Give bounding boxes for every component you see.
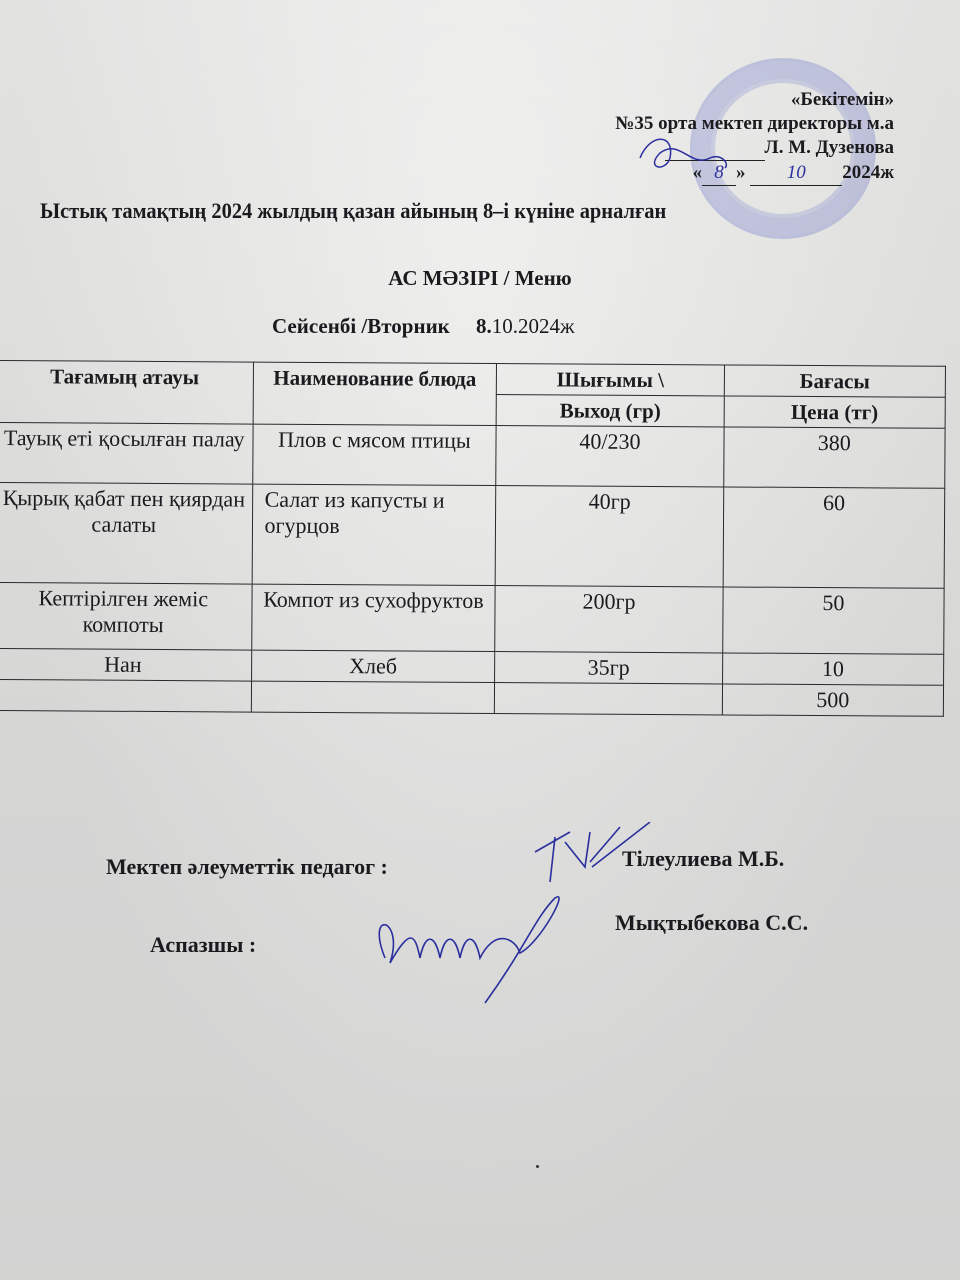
cell-name-ru: Плов с мясом птицы bbox=[252, 424, 496, 485]
day-label: Сейсенбі /Вторник bbox=[272, 314, 450, 338]
day-date-rest: 10.2024ж bbox=[492, 314, 575, 338]
document-title: Ыстық тамақтың 2024 жылдың қазан айының … bbox=[40, 198, 666, 224]
table-row: Қырық қабат пен қиярдан салаты Салат из … bbox=[0, 483, 945, 589]
total-name-kz bbox=[0, 679, 251, 712]
header-name-kz: Тағамың атауы bbox=[0, 361, 253, 425]
menu-table: Тағамың атауы Наименование блюда Шығымы … bbox=[0, 360, 946, 717]
signature-name: Мықтыбекова С.С. bbox=[615, 910, 808, 935]
date-month: 10 bbox=[750, 161, 842, 186]
total-price: 500 bbox=[722, 684, 943, 716]
day-date-bold: 8. bbox=[476, 314, 492, 338]
header-price-kz: Бағасы bbox=[724, 365, 945, 397]
cell-yield: 200гр bbox=[495, 586, 723, 653]
table-total-row: 500 bbox=[0, 679, 944, 716]
cell-name-kz: Нан bbox=[0, 648, 251, 681]
menu-title: АС МӘЗІРІ / Меню bbox=[0, 266, 960, 291]
cell-price: 10 bbox=[722, 653, 943, 685]
signature-row: Мектеп әлеуметтік педагог : bbox=[106, 854, 388, 880]
cook-signature bbox=[365, 888, 585, 1008]
cell-yield: 40/230 bbox=[496, 426, 724, 487]
signature-name: Тілеулиева М.Б. bbox=[622, 846, 784, 871]
page-mark bbox=[536, 1165, 539, 1168]
total-yield bbox=[495, 683, 723, 715]
cell-price: 60 bbox=[723, 487, 945, 588]
cell-name-kz: Кептірілген жеміс компоты bbox=[0, 582, 252, 650]
cell-yield: 35гр bbox=[495, 652, 723, 684]
director-name: Л. М. Дузенова bbox=[765, 137, 894, 158]
cell-name-kz: Тауық еті қосылған палау bbox=[0, 423, 253, 485]
cell-price: 50 bbox=[722, 587, 944, 654]
header-price-ru: Цена (тг) bbox=[724, 396, 945, 428]
header-name-ru: Наименование блюда bbox=[253, 362, 497, 425]
approved-label: «Бекітемін» bbox=[615, 88, 894, 112]
date-year: 2024ж bbox=[842, 162, 894, 183]
cell-price: 380 bbox=[723, 427, 945, 488]
signature-row: Тілеулиева М.Б. bbox=[622, 846, 784, 872]
header-yield-ru: Выход (гр) bbox=[496, 395, 724, 427]
cell-yield: 40гр bbox=[495, 486, 723, 587]
cell-name-ru: Хлеб bbox=[251, 650, 495, 682]
signature-row: Мықтыбекова С.С. bbox=[615, 910, 808, 936]
day-date-line: Сейсенбі /Вторник 8.10.2024ж bbox=[272, 314, 575, 339]
cell-name-ru: Салат из капусты и огурцов bbox=[252, 484, 496, 585]
table-row: Кептірілген жеміс компоты Компот из сухо… bbox=[0, 582, 944, 654]
cell-name-ru: Компот из сухофруктов bbox=[251, 584, 495, 651]
signature-role: Мектеп әлеуметтік педагог : bbox=[106, 854, 388, 879]
total-name-ru bbox=[251, 681, 495, 713]
director-signature bbox=[630, 128, 740, 188]
header-yield-kz: Шығымы \ bbox=[497, 364, 725, 396]
table-header-row: Тағамың атауы Наименование блюда Шығымы … bbox=[0, 361, 945, 398]
cell-name-kz: Қырық қабат пен қиярдан салаты bbox=[0, 483, 252, 585]
signature-role: Аспазшы : bbox=[150, 932, 256, 957]
table-row: Тауық еті қосылған палау Плов с мясом пт… bbox=[0, 423, 945, 489]
signature-row: Аспазшы : bbox=[150, 932, 256, 958]
